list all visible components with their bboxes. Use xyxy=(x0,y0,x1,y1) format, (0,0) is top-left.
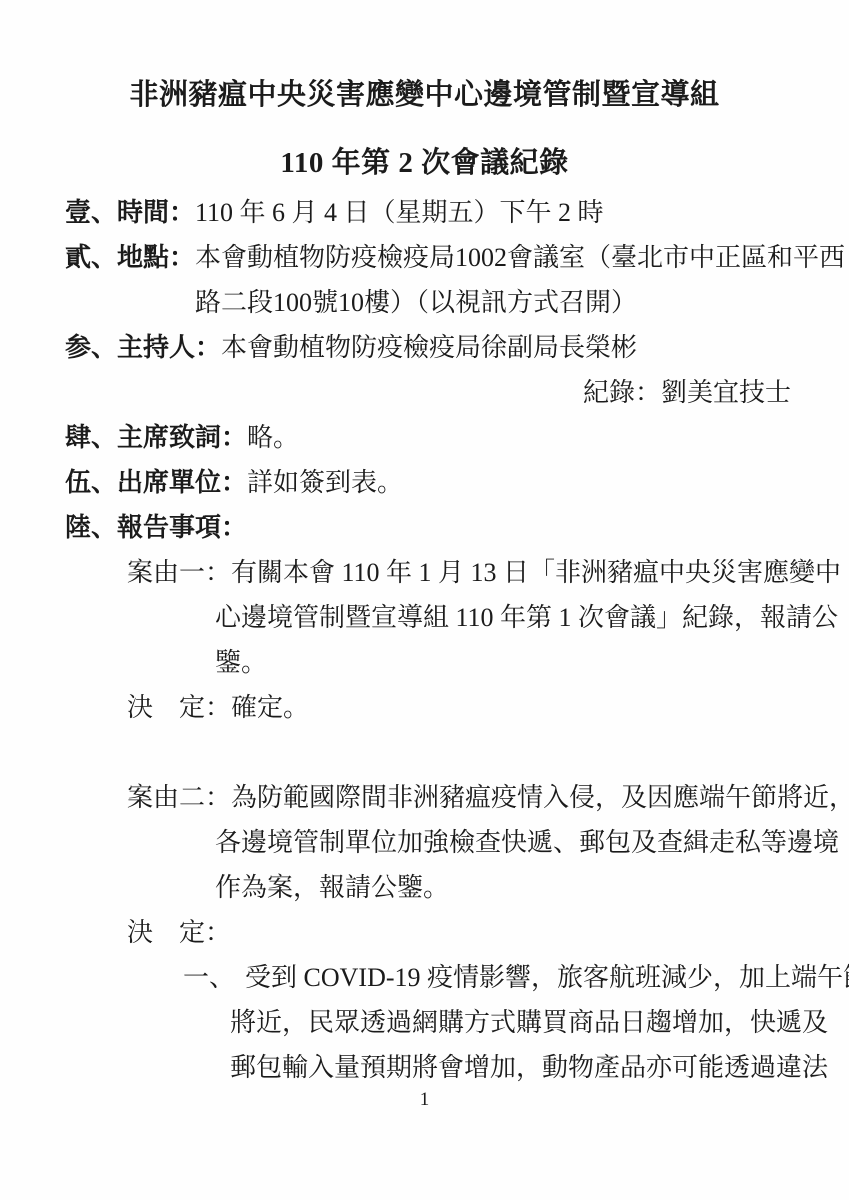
case1-text-line1: 有關本會 110 年 1 月 13 日「非洲豬瘟中央災害應變中 xyxy=(231,558,841,587)
decision-item1-number: 一、 xyxy=(183,963,235,992)
blank-line xyxy=(65,730,791,775)
location-text-line1: 本會動植物防疫檢疫局1002會議室（臺北市中正區和平西 xyxy=(195,243,845,272)
document-body: 壹、時間：110 年 6 月 4 日（星期五）下午 2 時 貳、地點：本會動植物… xyxy=(65,190,791,1090)
meeting-host-line: 参、主持人：本會動植物防疫檢疫局徐副局長榮彬 xyxy=(65,325,791,370)
decision-item1-text-line1: 受到 COVID-19 疫情影響，旅客航班減少，加上端午節 xyxy=(245,963,849,992)
remarks-label: 肆、主席致詞： xyxy=(65,423,247,452)
document-header: 非洲豬瘟中央災害應變中心邊境管制暨宣導組 110 年第 2 次會議紀錄 xyxy=(0,0,849,184)
host-text: 本會動植物防疫檢疫局徐副局長榮彬 xyxy=(221,333,637,362)
meeting-time-line: 壹、時間：110 年 6 月 4 日（星期五）下午 2 時 xyxy=(65,190,791,235)
reports-section-label: 陸、報告事項： xyxy=(65,513,247,542)
attendees-label: 伍、出席單位： xyxy=(65,468,247,497)
case2-label: 案由二： xyxy=(127,783,231,812)
attendees-line: 伍、出席單位：詳如簽到表。 xyxy=(65,460,791,505)
recorder-line: 紀錄：劉美宜技士 xyxy=(65,370,791,415)
document-subtitle: 110 年第 2 次會議紀錄 xyxy=(0,142,849,184)
remarks-text: 略。 xyxy=(247,423,299,452)
case2-decision-item1-line3: 郵包輸入量預期將會增加，動物產品亦可能透過違法 xyxy=(230,1045,791,1090)
chair-remarks-line: 肆、主席致詞：略。 xyxy=(65,415,791,460)
case2-text-line1: 為防範國際間非洲豬瘟疫情入侵，及因應端午節將近， xyxy=(231,783,849,812)
case2-decision-item1-line1: 一、受到 COVID-19 疫情影響，旅客航班減少，加上端午節 xyxy=(183,955,791,1000)
case1-decision-line: 決 定：確定。 xyxy=(127,685,791,730)
case2-decision-label: 決 定： xyxy=(127,918,231,947)
case1-decision-text: 確定。 xyxy=(231,693,309,722)
host-label: 参、主持人： xyxy=(65,333,221,362)
case2-decision-item1-line2: 將近，民眾透過網購方式購買商品日趨增加，快遞及 xyxy=(230,1000,791,1045)
attendees-text: 詳如簽到表。 xyxy=(247,468,403,497)
time-label: 壹、時間： xyxy=(65,198,195,227)
document-title: 非洲豬瘟中央災害應變中心邊境管制暨宣導組 xyxy=(0,74,849,116)
case2-line2: 各邊境管制單位加強檢查快遞、郵包及查緝走私等邊境 xyxy=(215,820,791,865)
document-page: 非洲豬瘟中央災害應變中心邊境管制暨宣導組 110 年第 2 次會議紀錄 壹、時間… xyxy=(0,0,849,1200)
case1-line2: 心邊境管制暨宣導組 110 年第 1 次會議」紀錄，報請公 xyxy=(215,595,791,640)
meeting-location-continuation: 路二段100號10樓）（以視訊方式召開） xyxy=(195,280,791,325)
case1-decision-label: 決 定： xyxy=(127,693,231,722)
case2-line1: 案由二：為防範國際間非洲豬瘟疫情入侵，及因應端午節將近， xyxy=(127,775,791,820)
case1-label: 案由一： xyxy=(127,558,231,587)
time-text: 110 年 6 月 4 日（星期五）下午 2 時 xyxy=(195,198,604,227)
case1-line1: 案由一：有關本會 110 年 1 月 13 日「非洲豬瘟中央災害應變中 xyxy=(127,550,791,595)
reports-section-line: 陸、報告事項： xyxy=(65,505,791,550)
case2-decision-line: 決 定： xyxy=(127,910,791,955)
page-number: 1 xyxy=(0,1088,849,1112)
case2-line3: 作為案，報請公鑒。 xyxy=(215,865,791,910)
location-label: 貳、地點： xyxy=(65,243,195,272)
meeting-location-line: 貳、地點：本會動植物防疫檢疫局1002會議室（臺北市中正區和平西 xyxy=(65,235,791,280)
case1-line3: 鑒。 xyxy=(215,640,791,685)
